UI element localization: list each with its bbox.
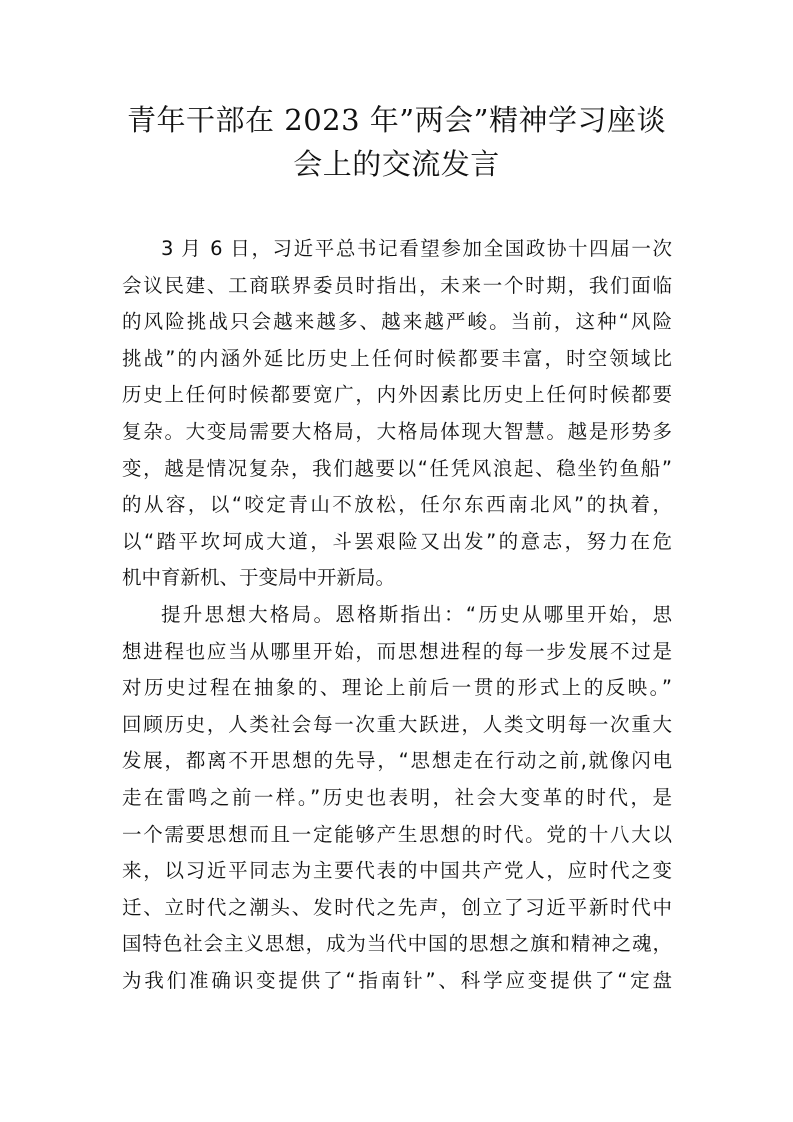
paragraph-line: 的从容，以“咬定青山不放松，任尔东西南北风”的执着，	[122, 487, 672, 524]
paragraph-line: 变，越是情况复杂，我们越要以“任凭风浪起、稳坐钓鱼船”	[122, 451, 672, 488]
paragraph-line: 提升思想大格局。恩格斯指出：“历史从哪里开始，思	[122, 597, 672, 634]
paragraph-line: 复杂。大变局需要大格局，大格局体现大智慧。越是形势多	[122, 414, 672, 451]
document-body: 3 月 6 日，习近平总书记看望参加全国政协十四届一次 会议民建、工商联界委员时…	[122, 231, 672, 999]
paragraph-line: 3 月 6 日，习近平总书记看望参加全国政协十四届一次	[122, 231, 672, 268]
paragraph-1: 3 月 6 日，习近平总书记看望参加全国政协十四届一次 会议民建、工商联界委员时…	[122, 231, 672, 597]
title-line-1: 青年干部在 2023 年”两会”精神学习座谈	[100, 98, 693, 142]
paragraph-2: 提升思想大格局。恩格斯指出：“历史从哪里开始，思 想进程也应当从哪里开始，而思想…	[122, 597, 672, 1000]
paragraph-line: 挑战”的内涵外延比历史上任何时候都要丰富，时空领域比	[122, 341, 672, 378]
paragraph-line: 机中育新机、于变局中开新局。	[122, 560, 672, 597]
document-page: 青年干部在 2023 年”两会”精神学习座谈 会上的交流发言 3 月 6 日，习…	[0, 0, 793, 1122]
paragraph-line: 对历史过程在抽象的、理论上前后一贯的形式上的反映。”	[122, 670, 672, 707]
paragraph-line: 来，以习近平同志为主要代表的中国共产党人，应时代之变	[122, 853, 672, 890]
paragraph-line: 的风险挑战只会越来越多、越来越严峻。当前，这种“风险	[122, 304, 672, 341]
paragraph-line: 回顾历史，人类社会每一次重大跃进，人类文明每一次重大	[122, 707, 672, 744]
paragraph-line: 国特色社会主义思想，成为当代中国的思想之旗和精神之魂，	[122, 926, 672, 963]
paragraph-line: 迁、立时代之潮头、发时代之先声，创立了习近平新时代中	[122, 890, 672, 927]
document-title: 青年干部在 2023 年”两会”精神学习座谈 会上的交流发言	[100, 98, 693, 186]
paragraph-line: 想进程也应当从哪里开始，而思想进程的每一步发展不过是	[122, 634, 672, 671]
paragraph-line: 发展，都离不开思想的先导，“思想走在行动之前,就像闪电	[122, 743, 672, 780]
title-line-2: 会上的交流发言	[100, 142, 693, 186]
paragraph-line: 为我们准确识变提供了“指南针”、科学应变提供了“定盘	[122, 963, 672, 1000]
paragraph-line: 会议民建、工商联界委员时指出，未来一个时期，我们面临	[122, 268, 672, 305]
paragraph-line: 一个需要思想而且一定能够产生思想的时代。党的十八大以	[122, 817, 672, 854]
paragraph-line: 走在雷鸣之前一样。”历史也表明，社会大变革的时代，是	[122, 780, 672, 817]
paragraph-line: 历史上任何时候都要宽广，内外因素比历史上任何时候都要	[122, 377, 672, 414]
paragraph-line: 以“踏平坎坷成大道，斗罢艰险又出发”的意志，努力在危	[122, 524, 672, 561]
